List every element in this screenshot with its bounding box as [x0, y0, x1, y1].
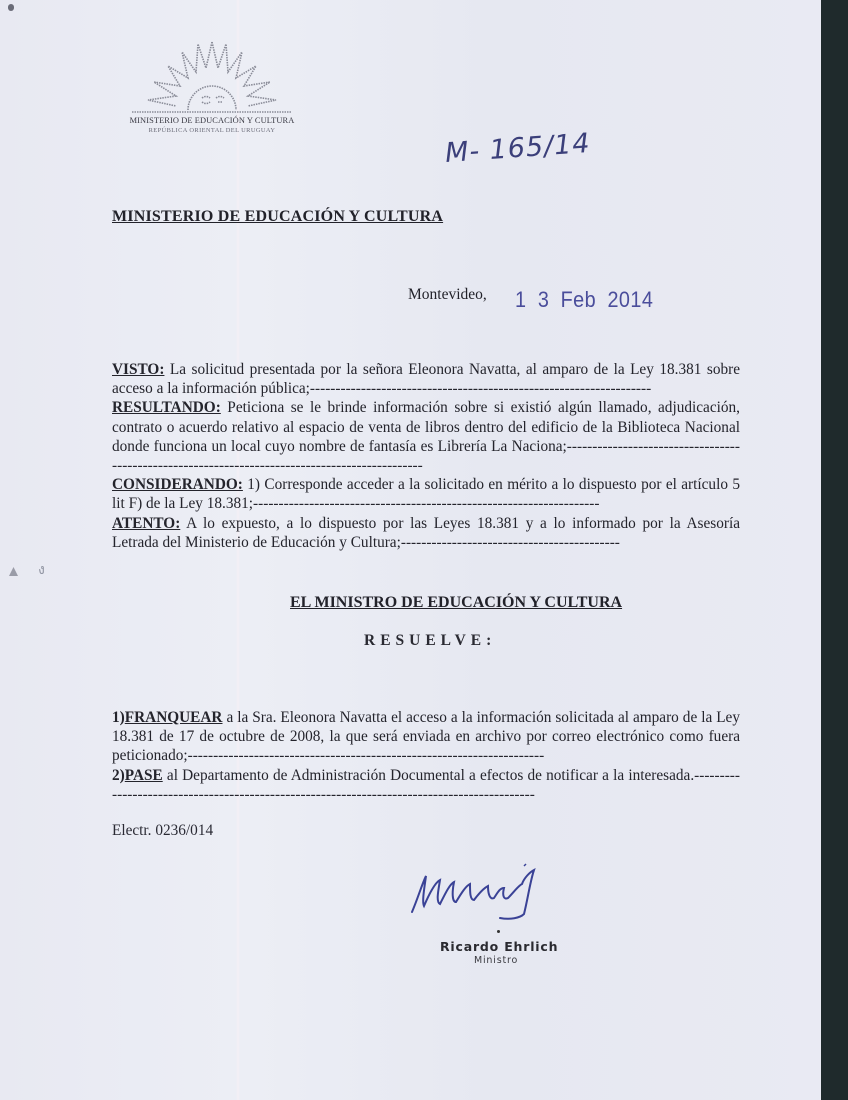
letterhead: MINISTERIO DE EDUCACIÓN Y CULTURA REPÚBL… [112, 30, 312, 140]
document-heading: MINISTERIO DE EDUCACIÓN Y CULTURA [112, 208, 443, 226]
file-reference: Electr. 0236/014 [112, 822, 213, 840]
handwritten-signature-icon [400, 862, 590, 932]
paragraph-atento: ATENTO: A lo expuesto, a lo dispuesto po… [112, 514, 740, 552]
resuelve-heading: RESUELVE: [364, 632, 496, 650]
resolution-number: 1) [112, 709, 125, 726]
paragraph-label: CONSIDERANDO: [112, 476, 243, 493]
paragraph-visto: VISTO: La solicitud presentada por la se… [112, 360, 740, 398]
scan-speck [9, 567, 18, 576]
resolutions: 1)FRANQUEAR a la Sra. Eleonora Navatta e… [112, 708, 740, 804]
paragraph-text: La solicitud presentada por la señora El… [112, 361, 740, 397]
paragraph-label: ATENTO: [112, 515, 180, 532]
resolver-heading: EL MINISTRO DE EDUCACIÓN Y CULTURA [290, 594, 622, 612]
resolution-number: 2) [112, 767, 125, 784]
resolution-item: 2)PASE al Departamento de Administración… [112, 766, 740, 804]
signer-title: Ministro [474, 955, 518, 966]
paragraph-label: RESULTANDO: [112, 399, 221, 416]
place-label: Montevideo, [408, 286, 487, 304]
handwritten-reference: M- 165/14 [444, 128, 591, 169]
resolution-text: al Departamento de Administración Docume… [112, 767, 740, 803]
scanner-edge [821, 0, 848, 1100]
paragraph-label: VISTO: [112, 361, 164, 378]
resolution-label: FRANQUEAR [125, 709, 223, 726]
sun-of-may-emblem-icon [132, 30, 292, 114]
letterhead-country: REPÚBLICA ORIENTAL DEL URUGUAY [112, 127, 312, 134]
letterhead-ministry: MINISTERIO DE EDUCACIÓN Y CULTURA [112, 116, 312, 125]
paragraph-resultando: RESULTANDO: Peticiona se le brinde infor… [112, 398, 740, 475]
paragraph-considerando: CONSIDERANDO: 1) Corresponde acceder a l… [112, 475, 740, 513]
scan-speck [8, 4, 14, 11]
scan-speck: ง [38, 563, 44, 579]
resolution-label: PASE [125, 767, 163, 784]
resolution-item: 1)FRANQUEAR a la Sra. Eleonora Navatta e… [112, 708, 740, 766]
recitals: VISTO: La solicitud presentada por la se… [112, 360, 740, 552]
signature-dot [497, 930, 500, 933]
date-stamp: 1 3 Feb 2014 [515, 287, 653, 313]
signer-name: Ricardo Ehrlich [440, 939, 558, 954]
document-page: ง MINISTERIO DE EDUCACIÓN Y CULTURA REPÚ… [0, 0, 821, 1100]
paragraph-text: A lo expuesto, a lo dispuesto por las Le… [112, 515, 740, 551]
